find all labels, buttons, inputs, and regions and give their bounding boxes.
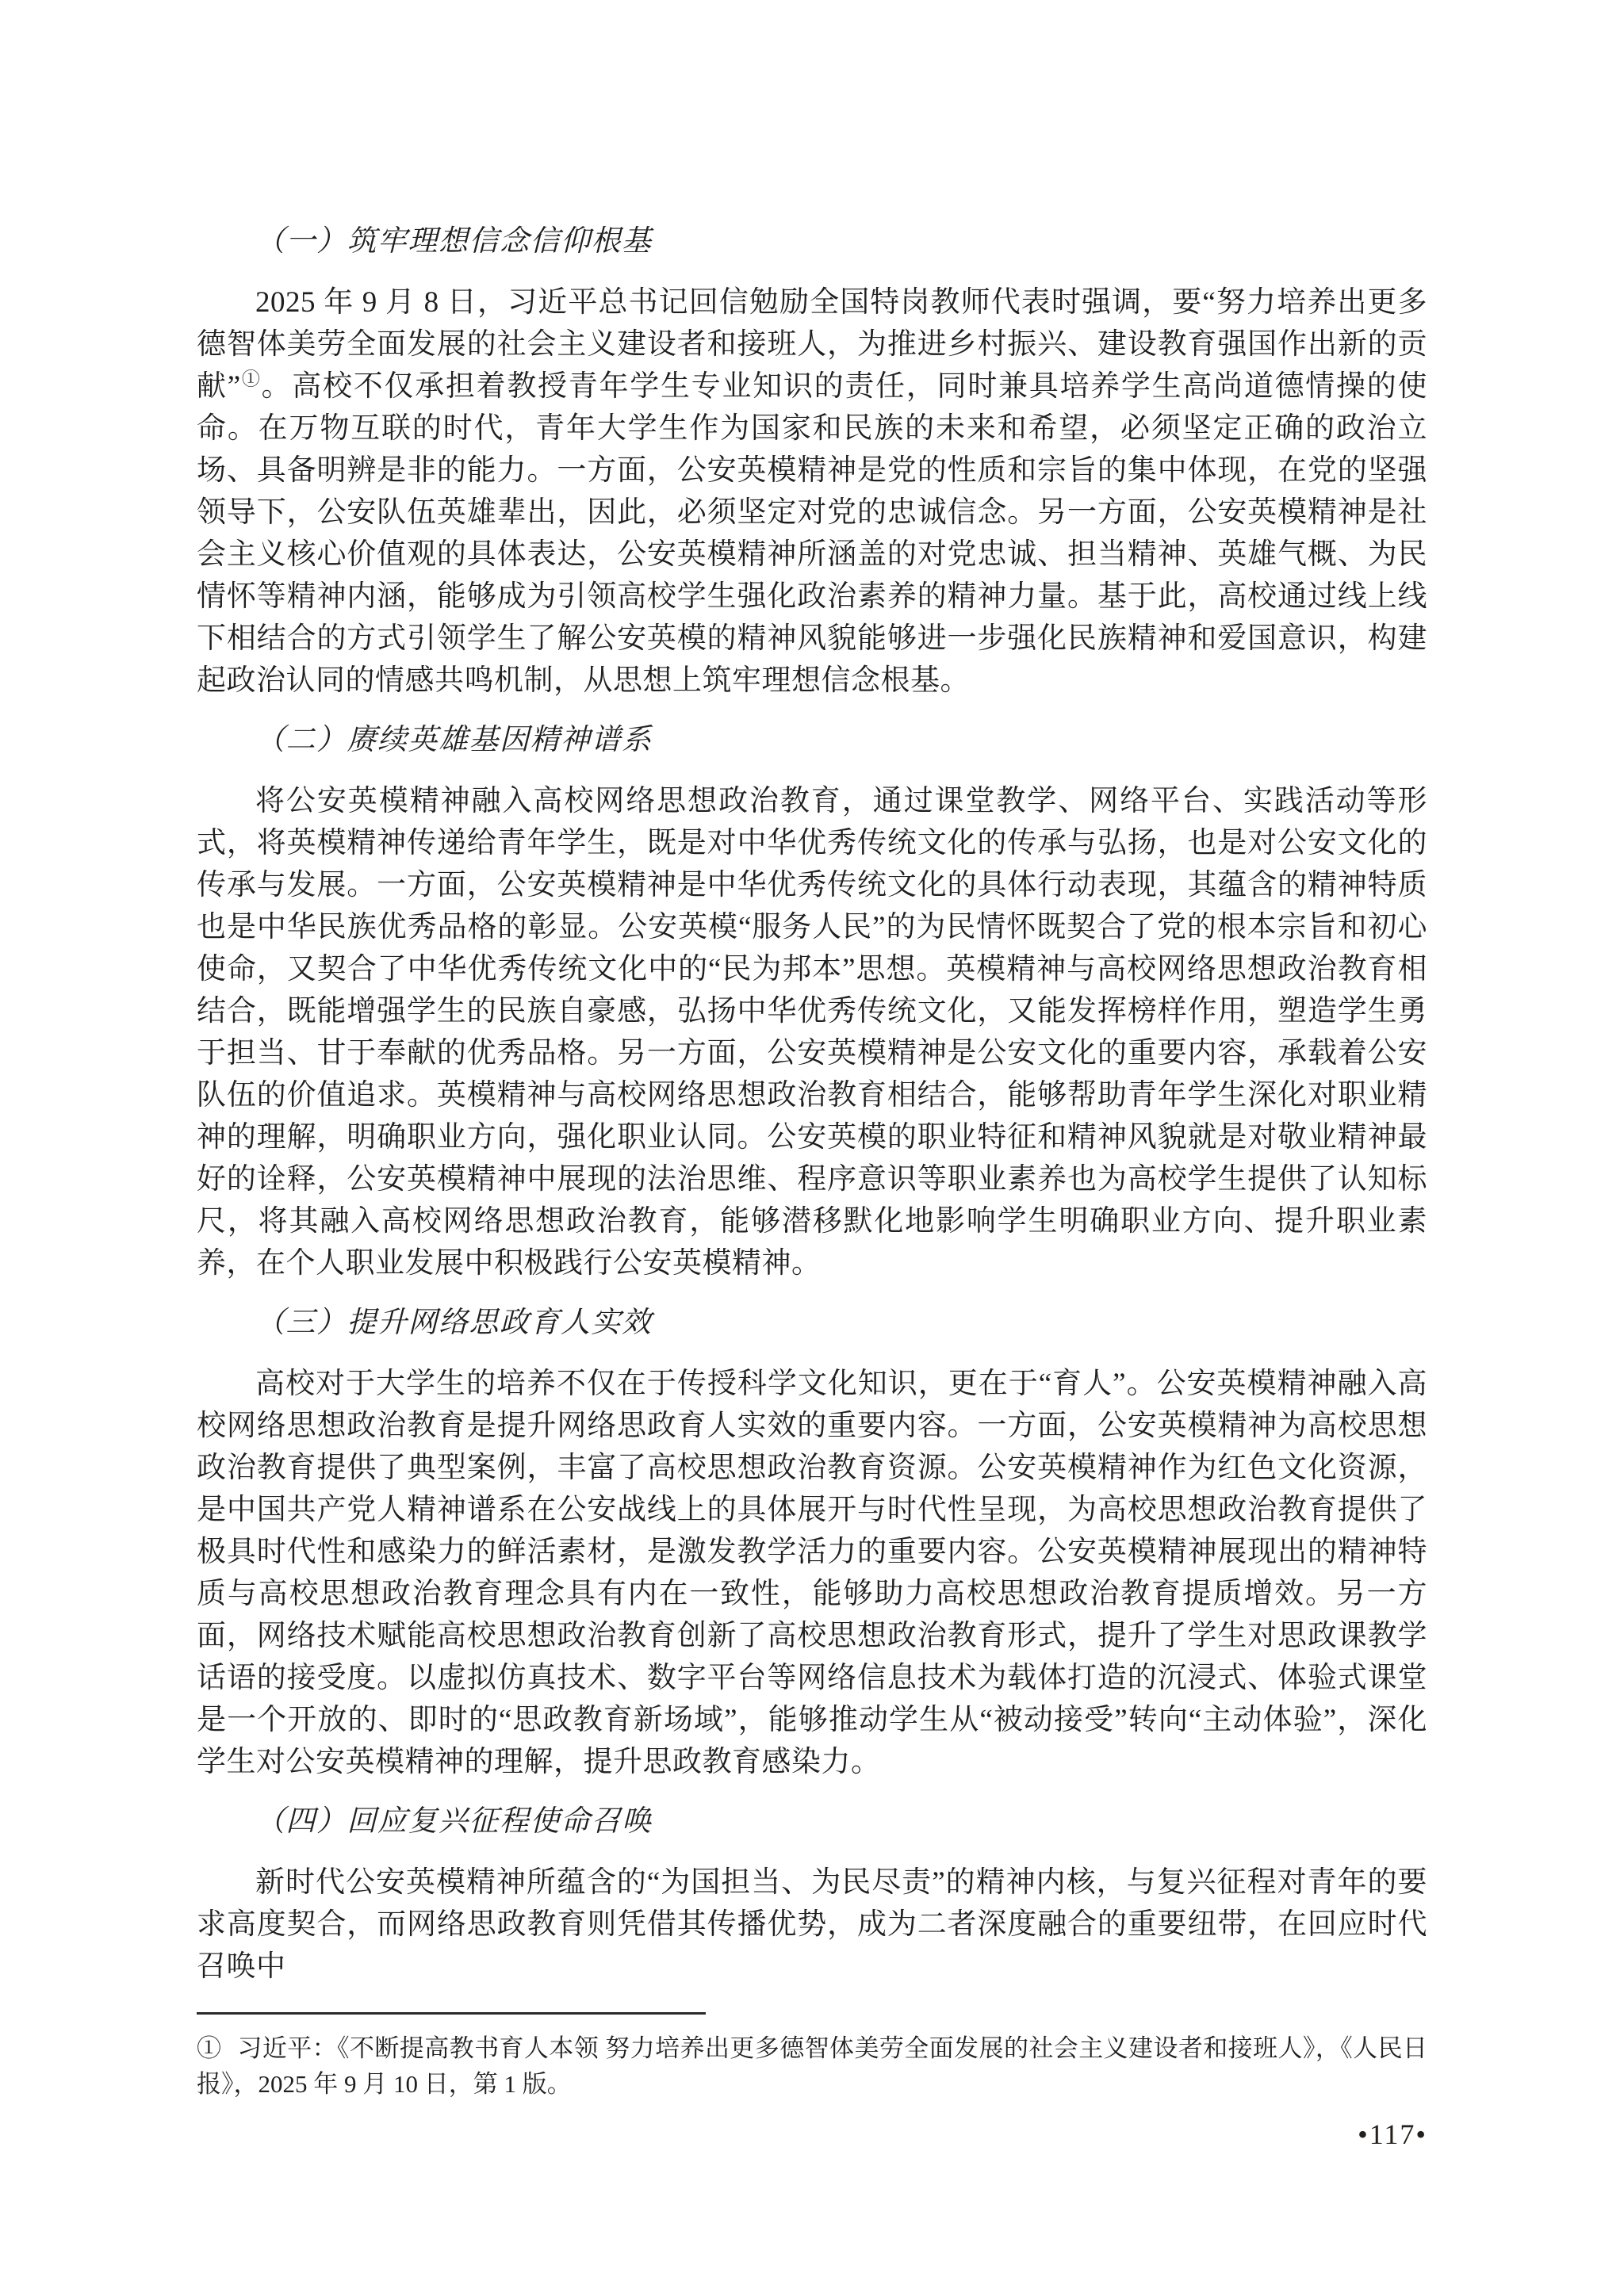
document-page: （一）筑牢理想信念信仰根基 2025 年 9 月 8 日，习近平总书记回信勉励全…: [0, 0, 1624, 2296]
footnote-marker: ①: [197, 2034, 221, 2062]
section-1: （一）筑牢理想信念信仰根基 2025 年 9 月 8 日，习近平总书记回信勉励全…: [197, 220, 1427, 702]
section-2: （二）赓续英雄基因精神谱系 将公安英模精神融入高校网络思想政治教育，通过课堂教学…: [197, 719, 1427, 1284]
footnote-reference: ①: [241, 369, 262, 389]
footnote-divider: [197, 2012, 706, 2015]
section-4: （四）回应复兴征程使命召唤 新时代公安英模精神所蕴含的“为国担当、为民尽责”的精…: [197, 1800, 1427, 1988]
body-paragraph-1: 2025 年 9 月 8 日，习近平总书记回信勉励全国特岗教师代表时强调，要“努…: [197, 281, 1427, 702]
body-paragraph-3: 高校对于大学生的培养不仅在于传授科学文化知识，更在于“育人”。公安英模精神融入高…: [197, 1363, 1427, 1783]
footnote: ①习近平：《不断提高教书育人本领 努力培养出更多德智体美劳全面发展的社会主义建设…: [197, 2030, 1427, 2102]
section-heading-4: （四）回应复兴征程使命召唤: [197, 1800, 1427, 1843]
section-heading-1: （一）筑牢理想信念信仰根基: [197, 220, 1427, 262]
body-paragraph-2: 将公安英模精神融入高校网络思想政治教育，通过课堂教学、网络平台、实践活动等形式，…: [197, 780, 1427, 1284]
section-heading-2: （二）赓续英雄基因精神谱系: [197, 719, 1427, 761]
body-paragraph-4: 新时代公安英模精神所蕴含的“为国担当、为民尽责”的精神内核，与复兴征程对青年的要…: [197, 1862, 1427, 1988]
footnote-text: 习近平：《不断提高教书育人本领 努力培养出更多德智体美劳全面发展的社会主义建设者…: [197, 2034, 1427, 2098]
page-number: •117•: [1358, 2118, 1427, 2150]
section-3: （三）提升网络思政育人实效 高校对于大学生的培养不仅在于传授科学文化知识，更在于…: [197, 1302, 1427, 1783]
document-body: （一）筑牢理想信念信仰根基 2025 年 9 月 8 日，习近平总书记回信勉励全…: [197, 220, 1427, 1988]
paragraph-text: 。高校不仅承担着教授青年学生专业知识的责任，同时兼具培养学生高尚道德情操的使命。…: [197, 370, 1427, 697]
footnote-area: ①习近平：《不断提高教书育人本领 努力培养出更多德智体美劳全面发展的社会主义建设…: [197, 2012, 1427, 2102]
section-heading-3: （三）提升网络思政育人实效: [197, 1302, 1427, 1344]
